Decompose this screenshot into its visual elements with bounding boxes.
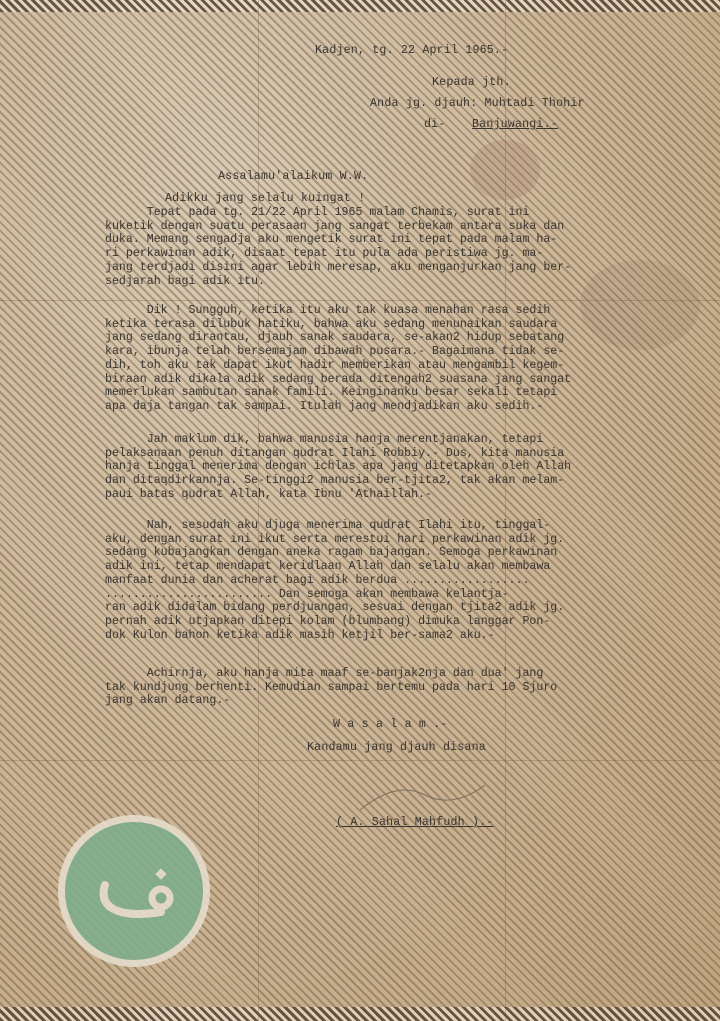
signature-name: ( A. Sahal Mahfudh ).- xyxy=(336,816,493,830)
recipient-prefix: di- xyxy=(424,118,445,132)
paragraph-4: Nah, sesudah aku djuga menerima qudrat I… xyxy=(105,519,717,642)
recipient-place: Banjuwangi.- xyxy=(472,118,558,132)
closing: W a s a l a m .- xyxy=(333,718,448,732)
paragraph-2: Dik ! Sungguh, ketika itu aku tak kuasa … xyxy=(105,304,717,414)
fold-line xyxy=(0,760,720,761)
scanned-letter-page: Kadjen, tg. 22 April 1965.- Kepada jth. … xyxy=(0,0,720,1021)
closing-subtitle: Kandamu jang djauh disana xyxy=(307,741,486,755)
ink-stain xyxy=(470,140,540,200)
letter-place-date: Kadjen, tg. 22 April 1965.- xyxy=(315,44,508,58)
signature-scribble xyxy=(355,780,495,820)
page-bottom-edge xyxy=(0,1007,720,1021)
recipient-line-2: Anda jg. djauh: Muhtadi Thohir xyxy=(370,97,585,111)
recipient-line-1: Kepada jth. xyxy=(432,76,511,90)
paragraph-1: Tepat pada tg. 21/22 April 1965 malam Ch… xyxy=(105,206,717,288)
paragraph-3: Jah maklum dik, bahwa manusia hanja mere… xyxy=(105,433,717,502)
page-top-edge xyxy=(0,0,720,12)
arabic-letter-fa-logo-icon xyxy=(58,815,210,967)
greeting: Assalamu'alaikum W.W. xyxy=(218,170,368,184)
paragraph-5: Achirnja, aku hanja mita maaf se-banjak2… xyxy=(105,667,717,708)
fa-glyph-icon xyxy=(83,840,185,942)
fold-line xyxy=(258,0,259,1021)
salutation: Adikku jang selalu kuingat ! xyxy=(165,192,365,206)
